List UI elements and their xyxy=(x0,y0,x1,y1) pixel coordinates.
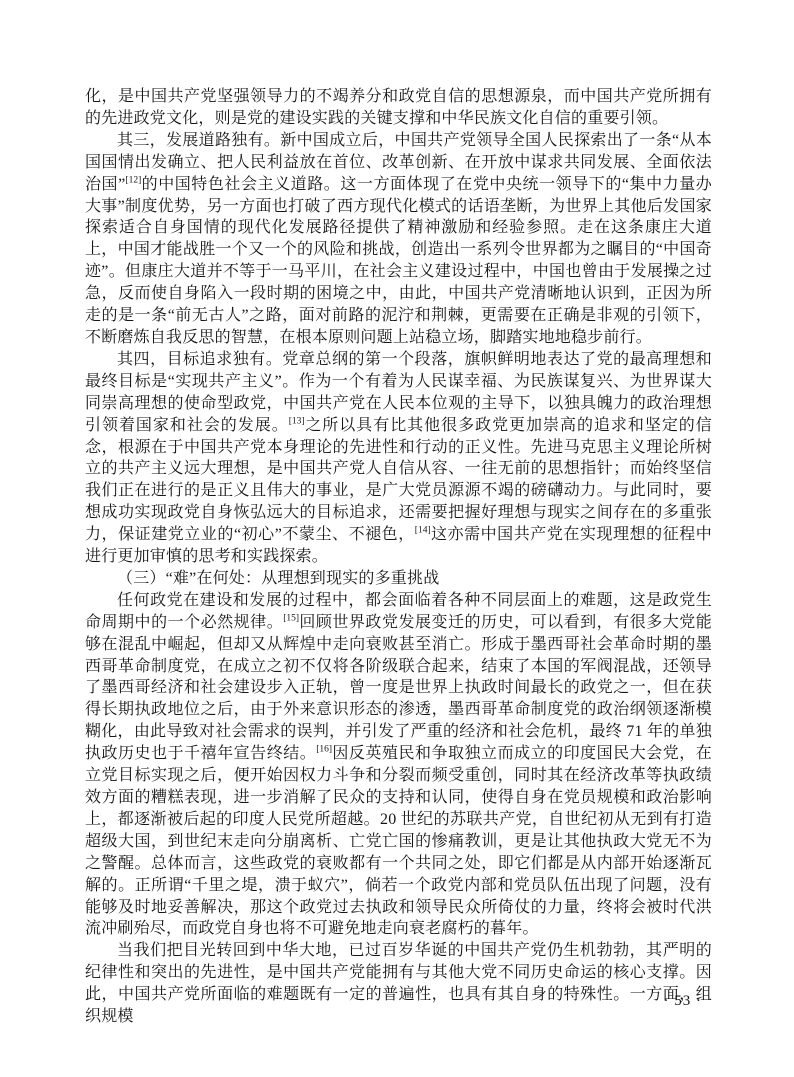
footnote-marker: [16] xyxy=(316,745,332,755)
footnote-marker: [13] xyxy=(289,416,305,426)
body-paragraph: 其三，发展道路独有。新中国成立后，中国共产党领导全国人民探索出了一条“从本国国情… xyxy=(85,130,712,349)
body-paragraph: 其四，目标追求独有。党章总纲的第一个段落，旗帜鲜明地表达了党的最高理想和最终目标… xyxy=(85,349,712,568)
page-body: 化，是中国共产党坚强领导力的不竭养分和政党自信的思想源泉，而中国共产党所拥有的先… xyxy=(85,86,712,1028)
document-page: 化，是中国共产党坚强领导力的不竭养分和政党自信的思想源泉，而中国共产党所拥有的先… xyxy=(0,0,794,1077)
body-paragraph: 化，是中国共产党坚强领导力的不竭养分和政党自信的思想源泉，而中国共产党所拥有的先… xyxy=(85,86,712,130)
body-paragraph: 任何政党在建设和发展的过程中，都会面临着各种不同层面上的难题，这是政党生命周期中… xyxy=(85,590,712,941)
footnote-marker: [15] xyxy=(283,613,299,623)
section-heading: （三）“难”在何处：从理想到现实的多重挑战 xyxy=(85,568,712,590)
footnote-marker: [14] xyxy=(415,526,431,536)
page-number: · 53 · xyxy=(664,993,703,1010)
body-paragraph: 当我们把目光转回到中华大地，已过百岁华诞的中国共产党仍生机勃勃，其严明的纪律性和… xyxy=(85,940,712,1028)
footnote-marker: [12] xyxy=(125,175,141,185)
